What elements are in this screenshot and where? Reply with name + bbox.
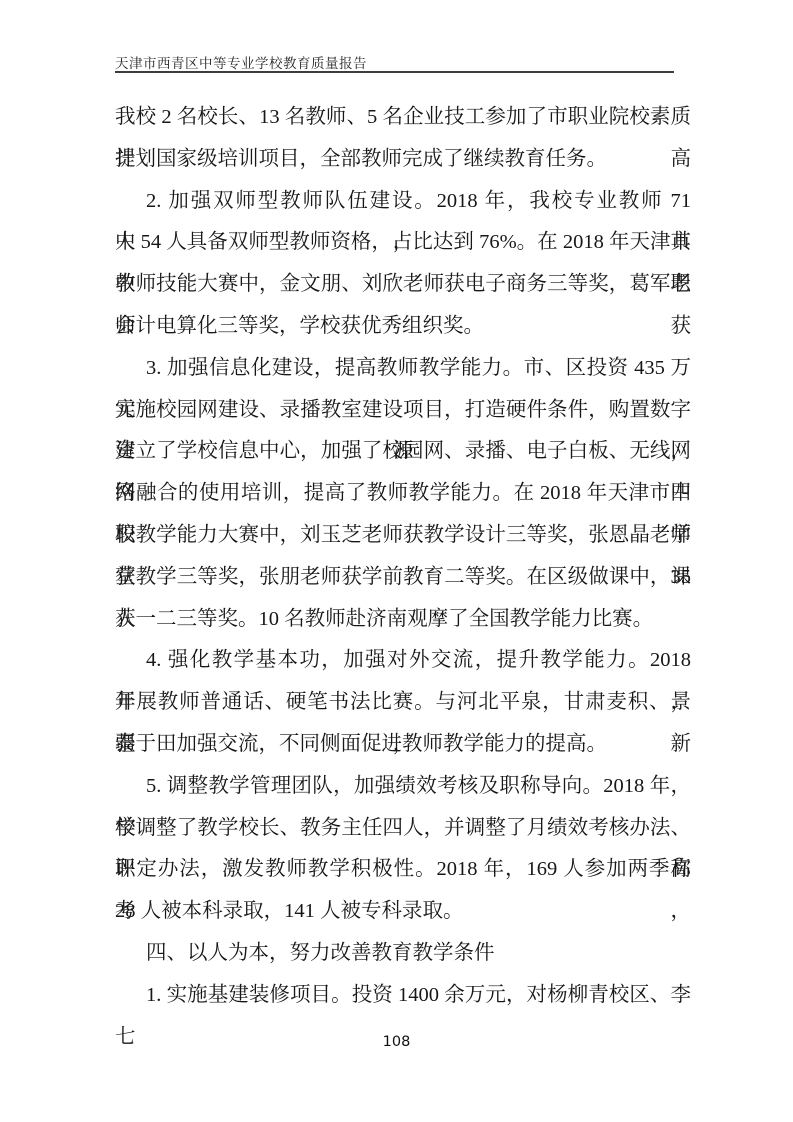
header-rule <box>115 71 674 73</box>
text-line: 我校 2 名校长、13 名教师、5 名企业技工参加了市职业院校素质提高 <box>115 97 691 139</box>
body-text: 我校 2 名校长、13 名教师、5 名企业技工参加了市职业院校素质提高 计划国家… <box>115 97 691 1017</box>
text-line: 开展教师普通话、硬笔书法比赛。与河北平泉，甘肃麦积、景泰，新 <box>115 682 691 724</box>
text-line: 建立了学校信息中心，加强了校园网、录播、电子白板、无线网络四 <box>115 431 691 473</box>
header-title: 天津市西青区中等专业学校教育质量报告 <box>115 52 691 72</box>
text-line: 4. 强化教学基本功，加强对外交流，提升教学能力。2018 年， <box>115 640 691 682</box>
text-line: 2. 加强双师型教师队伍建设。2018 年，我校专业教师 71 人，其 <box>115 181 691 223</box>
text-line: 3. 加强信息化建设，提高教师教学能力。市、区投资 435 万元 <box>115 348 691 390</box>
text-line: 教师技能大赛中，金文朋、刘欣老师获电子商务三等奖，葛军老师获 <box>115 264 691 306</box>
text-line: 计划国家级培训项目，全部教师完成了继续教育任务。 <box>115 139 691 181</box>
page-number: 108 <box>0 1034 793 1050</box>
section-heading: 四、以人为本，努力改善教育教学条件 <box>115 933 691 975</box>
text-line: 实施校园网建设、录播教室建设项目，打造硬件条件，购置数字资源， <box>115 390 691 432</box>
text-line: 1. 实施基建装修项目。投资 1400 余万元，对杨柳青校区、李七 <box>115 975 691 1017</box>
text-line: 中 54 人具备双师型教师资格，占比达到 76%。在 2018 年天津市中职 <box>115 222 691 264</box>
document-page: 天津市西青区中等专业学校教育质量报告 我校 2 名校长、13 名教师、5 名企业… <box>0 0 793 1122</box>
text-line: 5. 调整教学管理团队，加强绩效考核及职称导向。2018 年，学 <box>115 766 691 808</box>
text-line: 校教学能力大赛中，刘玉芝老师获教学设计三等奖，张恩晶老师获课 <box>115 515 691 557</box>
text-line: 堂教学三等奖，张朋老师获学前教育二等奖。在区级做课中，35 人 <box>115 557 691 599</box>
text-line: 网融合的使用培训，提高了教师教学能力。在 2018 年天津市中职学 <box>115 473 691 515</box>
text-line: 校调整了教学校长、教务主任四人，并调整了月绩效考核办法、职称 <box>115 808 691 850</box>
text-line: 评定办法，激发教师教学积极性。2018 年，169 人参加两季高考， <box>115 849 691 891</box>
text-line: 获一二三等奖。10 名教师赴济南观摩了全国教学能力比赛。 <box>115 599 691 641</box>
text-line: 疆于田加强交流，不同侧面促进教师教学能力的提高。 <box>115 724 691 766</box>
